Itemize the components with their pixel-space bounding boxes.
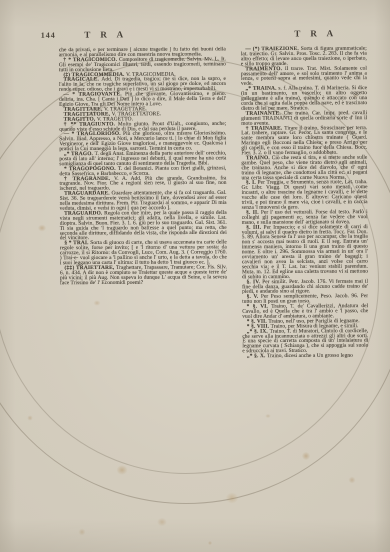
entry-headword: TRAINO. — [246, 155, 272, 161]
running-title-left: T R A — [71, 29, 141, 39]
entry-headword: † TRAGRANDE. — [64, 175, 114, 181]
entry-headword: §. I. — [246, 179, 258, 185]
entry-paragraph: TRAGUARDARE. Guardare attentamente, che … — [60, 190, 227, 211]
entry-paragraph: „* TRAINA. s. f. Alla traina. T. di Mari… — [241, 86, 367, 111]
text-column-left: che da privati, e per terminare [ alcune… — [59, 47, 228, 446]
page-number: 144 — [41, 31, 56, 40]
entry-paragraph: (‡‡) TRAIETTARE, Traghettare, Trapassare… — [60, 265, 227, 286]
entry-headword: TRAINANTE. — [246, 110, 284, 116]
page-content: 144 T R A T R A che da privati, e per te… — [0, 0, 390, 552]
entry-headword: §. V. — [247, 293, 261, 299]
entry-headword: — * TRAGLORIOSO. — [64, 131, 123, 137]
entry-paragraph: — * TRAGLORIOSO. Più che glorioso, oltra… — [59, 131, 226, 152]
entry-headword: † * TRAGICOMICO. — [63, 56, 119, 62]
entry-headword: „* TRAGO. — [64, 151, 95, 157]
scanned-book-page: 144 T R A T R A che da privati, e per te… — [0, 0, 390, 552]
entry-paragraph: TRAINANTE. Che traina. Car. Impr. pred. … — [241, 110, 367, 126]
entry-headword: † TRAINARE. — [246, 125, 285, 131]
entry-headword: §. IV. — [247, 278, 263, 284]
entry-headword: „* §. X. — [247, 353, 267, 359]
entry-headword: — * TRAGIOVANTE. — [64, 91, 125, 97]
entry-headword: * §. VI. — [247, 303, 272, 309]
entry-paragraph: „* §. IX. Traino, T. di Muratori, Cintol… — [242, 328, 368, 353]
entry-headword: TRAGUARDO. — [64, 210, 104, 216]
entry-paragraph: „* §. X. Traino, dicesi anche a Un gross… — [242, 353, 368, 359]
entry-headword: † ** TRAGIUNTO. — [64, 121, 118, 127]
entry-paragraph: TRAIMENTO. Il trarre. Trat. Mist. Solame… — [241, 66, 367, 86]
entry-headword: §. II. — [246, 209, 261, 215]
entry-headword: § * TRAI. — [64, 240, 90, 246]
entry-headword: TRAIMENTO. — [245, 65, 284, 71]
entry-paragraph: §. I. Per Treggia, e Strumento, senza ru… — [242, 180, 368, 210]
text-column-right: — (*) TRAIEZIONE. Sorta di figura gramma… — [241, 46, 369, 450]
entry-headword: (‡‡) TRAIETTARE, — [64, 264, 116, 270]
entry-paragraph: — (*) TRAIEZIONE. Sorta di figura gramma… — [241, 46, 367, 66]
entry-headword: „* §. IX. — [247, 328, 270, 334]
entry-headword: TRAGUARDARE. — [64, 190, 111, 196]
entry-paragraph: §. III. Per Impaccio; e si dice solament… — [242, 224, 368, 279]
entry-paragraph: TRAGUARDO. Regola con due mire, per la q… — [60, 210, 227, 241]
entry-paragraph: † TRAINARE. Tirare il traino, Strascinar… — [241, 125, 367, 155]
entry-headword: „* TRAINA. — [246, 85, 279, 91]
entry-headword: * TRAGOPOGONO. — [64, 165, 118, 171]
entry-headword: TRAGICALE. — [63, 76, 101, 82]
entry-paragraph: † * TRAGICOMICO. Compositore di tragicom… — [59, 57, 226, 73]
entry-paragraph: § * TRAI. Sorta di giuoco di carte, che … — [60, 240, 227, 266]
entry-paragraph: TRAINO. Ciò che resta si tira, e si mett… — [241, 155, 367, 180]
running-title-right: T R A — [281, 28, 351, 38]
entry-headword: — (*) TRAIEZIONE. — [245, 46, 300, 52]
entry-headword: §. III. — [246, 224, 263, 230]
